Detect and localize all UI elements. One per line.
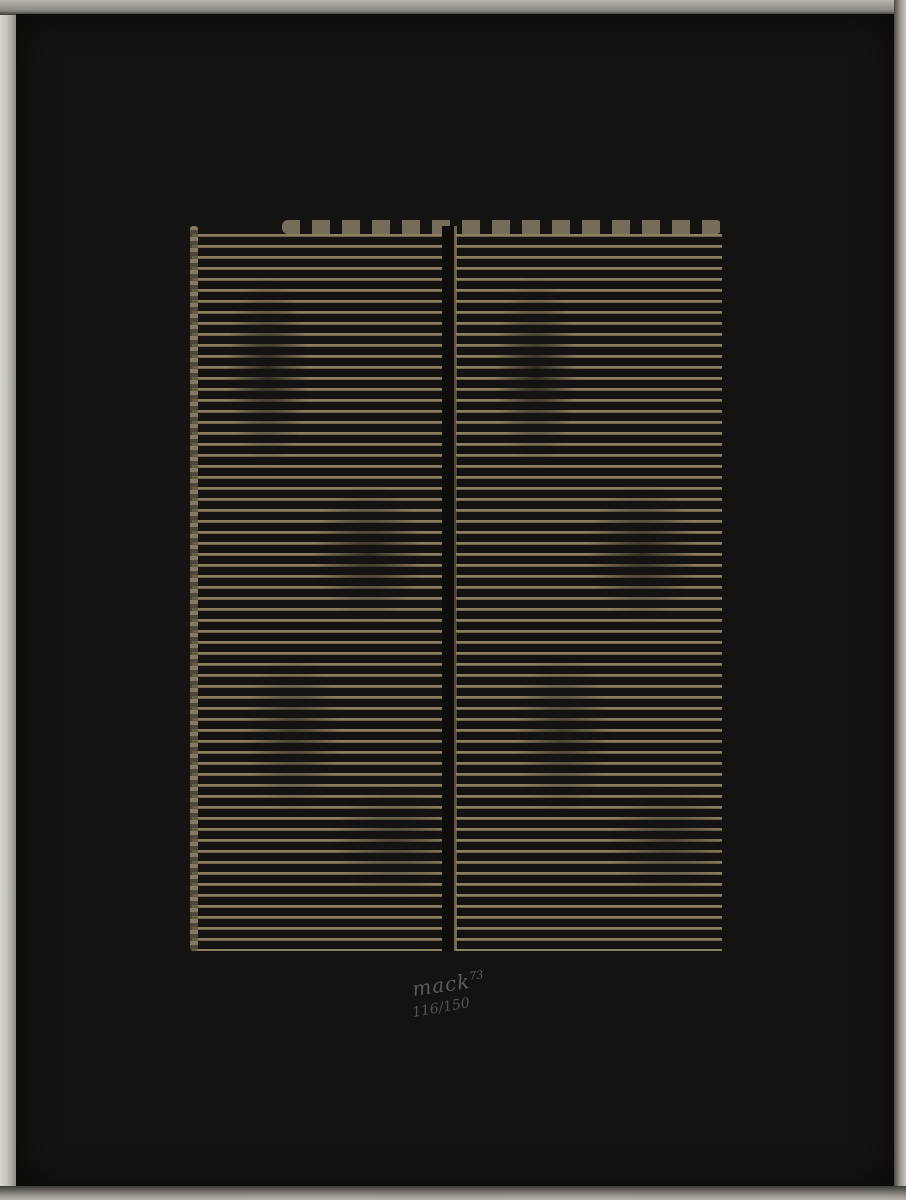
gold-line-block	[192, 226, 722, 951]
signature-year: 73	[468, 968, 484, 983]
bottom-edge	[0, 1186, 906, 1200]
left-drip-edge	[190, 226, 198, 951]
right-line-column	[456, 226, 722, 951]
left-line-column	[192, 226, 444, 951]
right-edge	[894, 0, 906, 1200]
top-edge	[0, 0, 906, 15]
